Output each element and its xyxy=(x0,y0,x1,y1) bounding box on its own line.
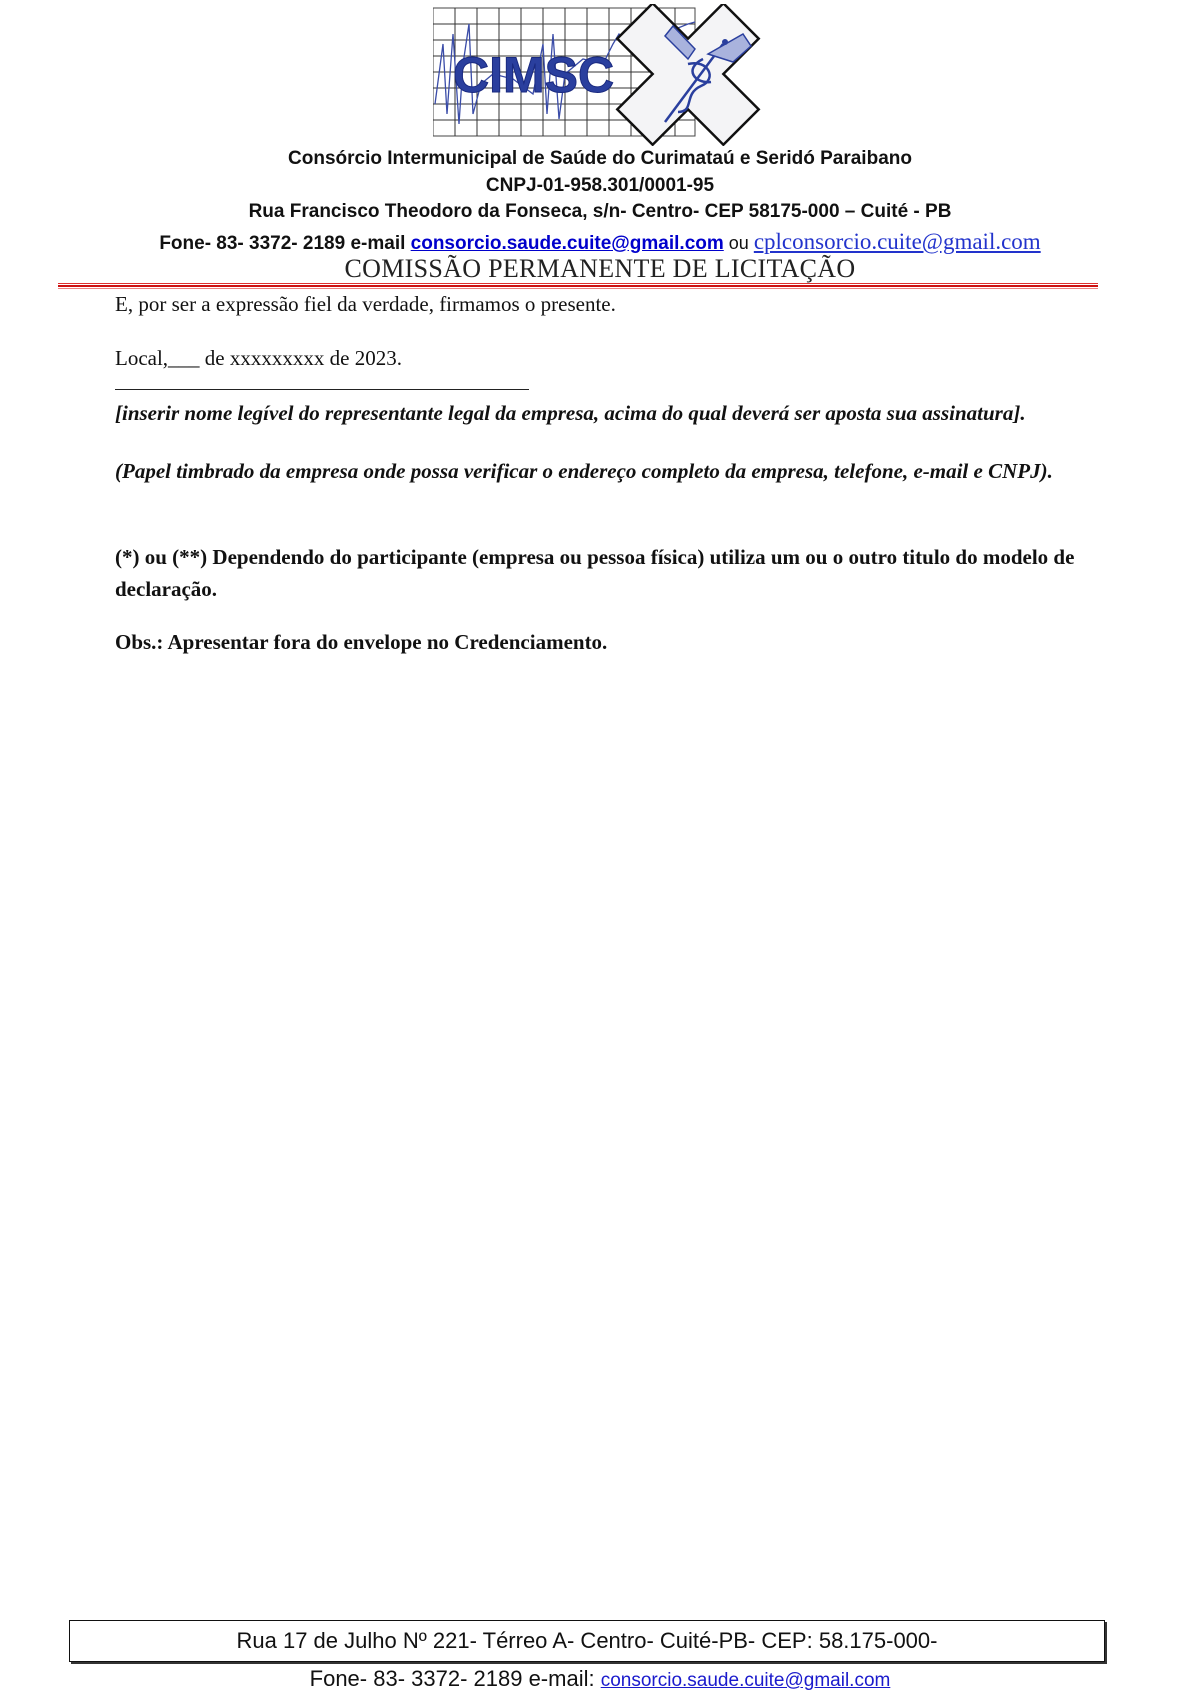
commission-title: COMISSÃO PERMANENTE DE LICITAÇÃO xyxy=(0,254,1200,284)
signature-instruction: [inserir nome legível do representante l… xyxy=(115,397,1110,429)
email-primary-link[interactable]: consorcio.saude.cuite@gmail.com xyxy=(411,233,724,254)
organization-contact: Fone- 83- 3372- 2189 e-mail consorcio.sa… xyxy=(0,229,1200,255)
dependency-note: (*) ou (**) Dependendo do participante (… xyxy=(115,541,1110,605)
svg-text:CIMSC: CIMSC xyxy=(453,47,614,103)
footer-email-link[interactable]: consorcio.saude.cuite@gmail.com xyxy=(601,1670,891,1691)
logo-graphic: CIMSC xyxy=(433,4,793,146)
footer-address: Rua 17 de Julho Nº 221- Térreo A- Centro… xyxy=(237,1628,938,1654)
footer-contact: Fone- 83- 3372- 2189 e-mail: consorcio.s… xyxy=(0,1666,1200,1692)
cimsc-logo: CIMSC xyxy=(433,4,793,146)
closing-paragraph: E, por ser a expressão fiel da verdade, … xyxy=(115,288,1110,320)
observation-note: Obs.: Apresentar fora do envelope no Cre… xyxy=(115,626,1110,658)
organization-cnpj: CNPJ-01-958.301/0001-95 xyxy=(0,175,1200,197)
contact-or: ou xyxy=(724,233,754,253)
local-date-line: Local,___ de xxxxxxxxx de 2023. xyxy=(115,342,1110,374)
signature-line xyxy=(115,389,529,390)
organization-name: Consórcio Intermunicipal de Saúde do Cur… xyxy=(0,148,1200,170)
footer-address-box: Rua 17 de Julho Nº 221- Térreo A- Centro… xyxy=(69,1620,1105,1662)
organization-address: Rua Francisco Theodoro da Fonseca, s/n- … xyxy=(0,201,1200,223)
footer-phone: Fone- 83- 3372- 2189 e-mail: xyxy=(310,1666,601,1691)
email-secondary-link[interactable]: cplconsorcio.cuite@gmail.com xyxy=(754,229,1041,254)
letterhead-instruction: (Papel timbrado da empresa onde possa ve… xyxy=(115,455,1110,487)
contact-phone: Fone- 83- 3372- 2189 e-mail xyxy=(159,233,410,254)
